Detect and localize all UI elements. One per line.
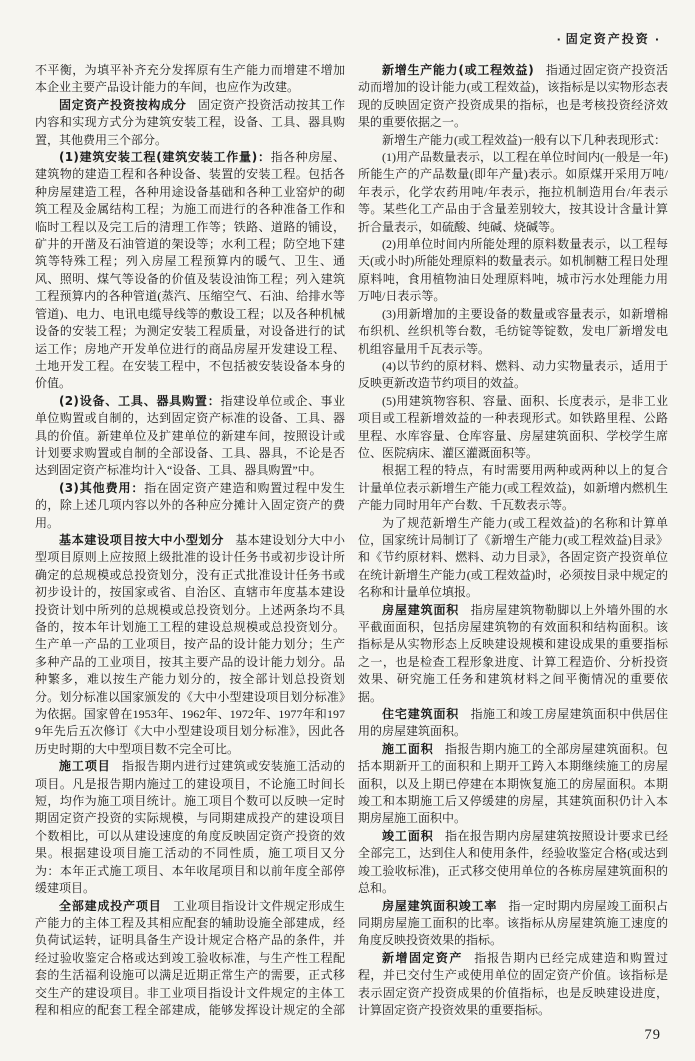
list-item-paragraph: (1)建筑安装工程(建筑安装工作量)：指各种房屋、建筑物的建造工程和各种设备、装… (35, 149, 345, 393)
entry-paragraph: 新增生产能力(或工程效益)指通过固定资产投资活动而增加的设计能力(或工程效益)，… (358, 62, 668, 132)
running-header: ·固定资产投资· (552, 30, 664, 47)
item-lead: (1)建筑安装工程(建筑安装工作量)： (59, 150, 271, 164)
entry-term: 固定资产投资按构成分 (59, 98, 187, 112)
header-dot-left: · (557, 33, 561, 46)
left-column: 不平衡，为填平补齐充分发挥原有生产能力而增建不增加本企业主要产品设计能力的车间，… (35, 62, 345, 1020)
entry-paragraph: 竣工面积指在报告期内房屋建筑按照设计要求已经全部完工，达到住人和使用条件，经验收… (358, 828, 668, 898)
entry-term: 房屋建筑面积 (382, 603, 459, 617)
item-body: (1)用产品数量表示，以工程在单位时间内(一般是一年)所能生产的产品数量(即年产… (358, 150, 668, 234)
item-body: (2)用单位时间内所能处理的原料数量表示，以工程每天(或小时)所能处理原料的数量… (358, 237, 668, 303)
list-item-paragraph: (2)用单位时间内所能处理的原料数量表示，以工程每天(或小时)所能处理原料的数量… (358, 236, 668, 306)
entry-paragraph: 建设项目投产率指一定时期内全部建成投产项目 (358, 1019, 668, 1020)
item-body: 指各种房屋、建筑物的建造工程和各种设备、装置的安装工程。包括各种房屋建造工程，各… (35, 150, 345, 390)
entry-body: 指报告期内进行过建筑或安装施工活动的项目。凡是报告期内施过工的建设项目，不论施工… (35, 759, 345, 895)
paragraph-text: 为了规范新增生产能力(或工程效益)的名称和计算单位，国家统计局制订了《新增生产能… (358, 516, 668, 600)
entry-paragraph: 住宅建筑面积指施工和竣工房屋建筑面积中供居住用的房屋建筑面积。 (358, 706, 668, 741)
entry-term: 施工项目 (59, 759, 111, 773)
document-page: ·固定资产投资· 不平衡，为填平补齐充分发挥原有生产能力而增建不增加本企业主要产… (0, 0, 695, 1061)
list-item-paragraph: (4)以节约的原材料、燃料、动力实物量表示，适用于反映更新改造节约项目的效益。 (358, 358, 668, 393)
text-columns: 不平衡，为填平补齐充分发挥原有生产能力而增建不增加本企业主要产品设计能力的车间，… (35, 62, 668, 1020)
list-item-paragraph: (2)设备、工具、器具购置：指建设单位或企、事业单位购置或自制的，达到固定资产标… (35, 393, 345, 480)
entry-paragraph: 全部建成投产项目工业项目指设计文件规定形成生产能力的主体工程及其相应配套的辅助设… (35, 898, 345, 1021)
entry-body: 工业项目指设计文件规定形成生产能力的主体工程及其相应配套的辅助设施全部建成，经负… (35, 899, 345, 1021)
entry-body: 基本建设划分大中小型项目原则上应按照上级批准的设计任务书或初步设计所确定的总规模… (35, 533, 345, 756)
paragraph: 为了规范新增生产能力(或工程效益)的名称和计算单位，国家统计局制订了《新增生产能… (358, 515, 668, 602)
right-column: 新增生产能力(或工程效益)指通过固定资产投资活动而增加的设计能力(或工程效益)，… (358, 62, 668, 1020)
list-item-paragraph: (3)用新增加的主要设备的数量或容量表示，如新增棉布织机、丝织机等台数，毛纺锭等… (358, 306, 668, 358)
entry-term: 房屋建筑面积竣工率 (382, 899, 497, 913)
entry-term: 基本建设项目按大中小型划分 (59, 533, 224, 547)
list-item-paragraph: (3)其他费用：指在固定资产建造和购置过程中发生的，除上述几项内容以外的各种应分… (35, 480, 345, 532)
paragraph-text: 不平衡，为填平补齐充分发挥原有生产能力而增建不增加本企业主要产品设计能力的车间，… (35, 63, 345, 94)
list-item-paragraph: (5)用建筑物容积、容量、面积、长度表示，是非工业项目或工程新增效益的一种表现形… (358, 393, 668, 463)
item-body: (5)用建筑物容积、容量、面积、长度表示，是非工业项目或工程新增效益的一种表现形… (358, 394, 668, 460)
paragraph: 根据工程的特点，有时需要用两种或两种以上的复合计量单位表示新增生产能力(或工程效… (358, 462, 668, 514)
entry-term: 住宅建筑面积 (382, 707, 459, 721)
entry-term: 新增生产能力(或工程效益) (382, 63, 534, 77)
entry-term: 新增固定资产 (382, 951, 463, 965)
item-body: (3)用新增加的主要设备的数量或容量表示，如新增棉布织机、丝织机等台数，毛纺锭等… (358, 307, 668, 356)
entry-paragraph: 新增固定资产指报告期内已经完成建造和购置过程，并已交付生产或使用单位的固定资产价… (358, 950, 668, 1020)
item-lead: (3)其他费用： (59, 481, 144, 495)
item-lead: (2)设备、工具、器具购置： (59, 394, 221, 408)
entry-paragraph: 施工面积指报告期内施工的全部房屋建筑面积。包括本期新开工的面积和上期开工跨入本期… (358, 741, 668, 828)
entry-body: 指房屋建筑物勒脚以上外墙外围的水平截面面积，包括房屋建筑物的有效面积和结构面积。… (358, 603, 668, 704)
paragraph: 不平衡，为填平补齐充分发挥原有生产能力而增建不增加本企业主要产品设计能力的车间，… (35, 62, 345, 97)
entry-paragraph: 固定资产投资按构成分固定资产投资活动按其工作内容和实现方式分为建筑安装工程，设备… (35, 97, 345, 149)
entry-paragraph: 施工项目指报告期内进行过建筑或安装施工活动的项目。凡是报告期内施过工的建设项目，… (35, 758, 345, 897)
item-body: (4)以节约的原材料、燃料、动力实物量表示，适用于反映更新改造节约项目的效益。 (358, 359, 668, 390)
entry-paragraph: 房屋建筑面积竣工率指一定时期内房屋竣工面积占同期房屋施工面积的比率。该指标从房屋… (358, 898, 668, 950)
header-title: 固定资产投资 (566, 32, 650, 46)
paragraph-text: 根据工程的特点，有时需要用两种或两种以上的复合计量单位表示新增生产能力(或工程效… (358, 463, 668, 512)
header-dot-right: · (655, 33, 659, 46)
paragraph-text: 新增生产能力(或工程效益)一般有以下几种表现形式： (382, 133, 666, 147)
list-item-paragraph: (1)用产品数量表示，以工程在单位时间内(一般是一年)所能生产的产品数量(即年产… (358, 149, 668, 236)
entry-paragraph: 房屋建筑面积指房屋建筑物勒脚以上外墙外围的水平截面面积，包括房屋建筑物的有效面积… (358, 602, 668, 706)
paragraph: 新增生产能力(或工程效益)一般有以下几种表现形式： (358, 132, 668, 149)
entry-term: 竣工面积 (382, 829, 434, 843)
entry-term: 施工面积 (382, 742, 434, 756)
entry-term: 全部建成投产项目 (59, 899, 162, 913)
page-number: 79 (645, 1027, 662, 1044)
entry-paragraph: 基本建设项目按大中小型划分基本建设划分大中小型项目原则上应按照上级批准的设计任务… (35, 532, 345, 758)
